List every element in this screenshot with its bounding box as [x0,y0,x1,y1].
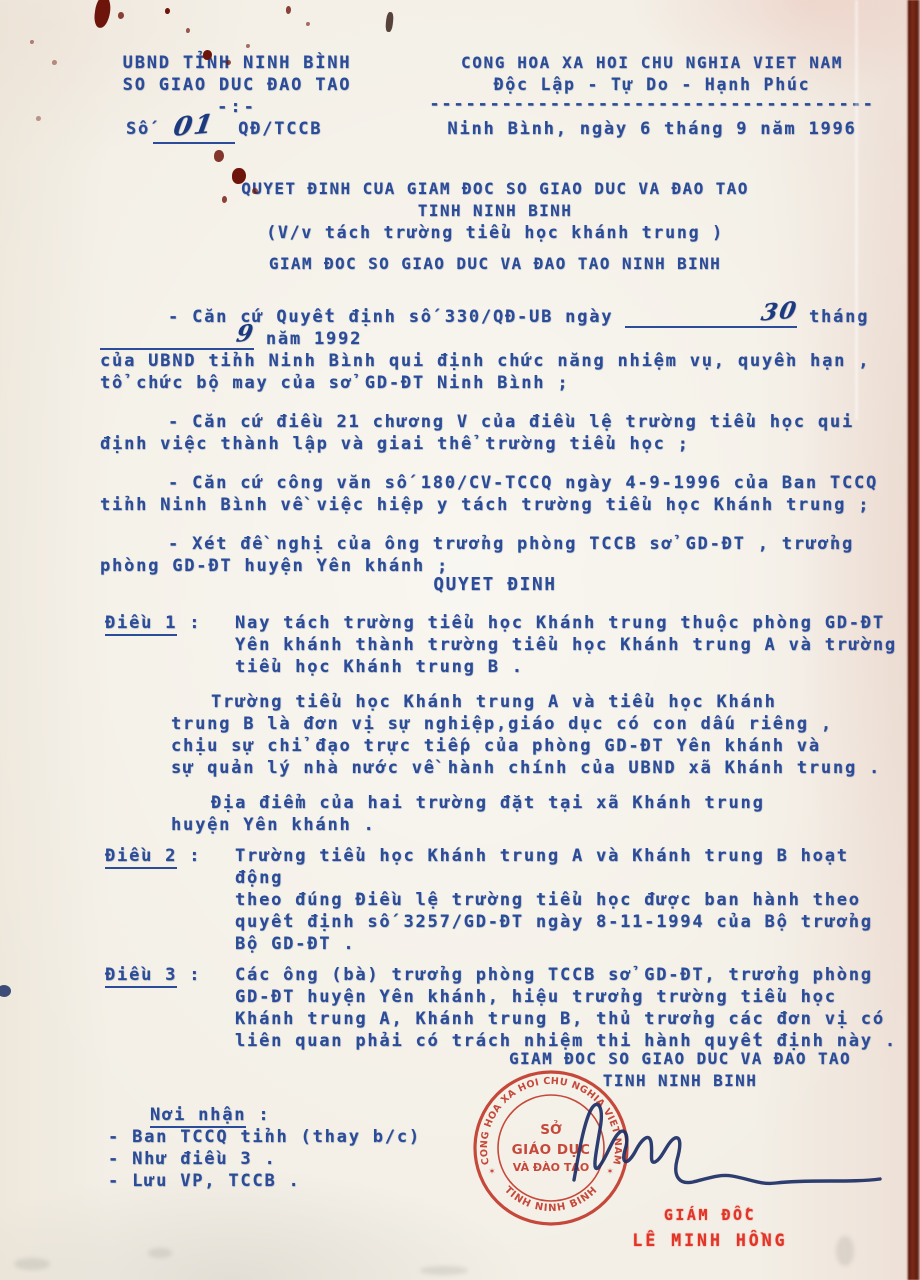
blank-month: 9 [100,328,254,350]
ink-dot [0,985,11,997]
article-1-para-1: Nay tách trường tiểu học Khánh trung thu… [235,612,905,678]
org-parent: UBND TỈNH NINH BÌNH [108,52,366,74]
recipient-item: - Lưu VP, TCCB . [108,1170,468,1192]
article-1-content: Nay tách trường tiểu học Khánh trung thu… [235,612,905,836]
org-separator: -:- [108,96,366,118]
scan-smudge [420,1266,468,1275]
article-2-label: Điều 2 : [105,845,235,955]
title-block: QUYET ĐINH CUA GIAM ĐOC SO GIAO DUC VA Đ… [95,178,895,275]
scan-smudge [836,1236,854,1266]
articles: Điều 1 : Nay tách trường tiểu học Khánh … [105,612,905,1061]
title-line-1: QUYET ĐINH CUA GIAM ĐOC SO GIAO DUC VA Đ… [95,178,895,200]
document-number-line: Số01QĐ/TCCB [126,118,322,144]
preamble: - Căn cứ Quyết định số 330/QĐ-UB ngày 30… [100,306,892,594]
dateline: Ninh Bình, ngày 6 tháng 9 năm 1996 [418,118,886,140]
issuing-org-block: UBND TỈNH NINH BÌNH SO GIAO DUC ĐAO TAO … [108,52,366,118]
article-3: Điều 3 : Các ông (bà) trưởng phòng TCCB … [105,964,905,1052]
blank-day: 30 [625,306,797,328]
recipient-item: - Ban TCCQ tỉnh (thay b/c) [108,1126,468,1148]
recipient-item: - Như điều 3 . [108,1148,468,1170]
title-subject: (V/v tách trường tiểu học khánh trung ) [95,222,895,244]
handwritten-month: 9 [166,326,256,347]
number-suffix: QĐ/TCCB [238,119,322,139]
stamp-star-left-icon: ✶ [489,1166,495,1177]
signer-name: LÊ MINH HỒNG [592,1231,828,1250]
scanned-decision-document: UBND TỈNH NINH BÌNH SO GIAO DUC ĐAO TAO … [0,0,920,1280]
citation-4: - Xét đề nghị của ông trưởng phòng TCCB … [100,533,892,577]
org-name: SO GIAO DUC ĐAO TAO [108,74,366,96]
article-1-para-3: Địa điểm của hai trường đặt tại xã Khánh… [171,792,905,836]
signature-heading-line-1: GIAM ĐOC SO GIAO DUC VA ĐAO TAO [468,1048,892,1070]
recipients-block: Nơi nhận : - Ban TCCQ tỉnh (thay b/c) - … [108,1104,468,1192]
article-2: Điều 2 : Trường tiểu học Khánh trung A v… [105,845,905,955]
paper-crease [855,0,858,420]
header-divider: ------------------------------------- [418,96,886,112]
director-signature [558,1098,893,1198]
article-1: Điều 1 : Nay tách trường tiểu học Khánh … [105,612,905,836]
citation-1-mid: tháng [797,307,869,327]
citation-1: - Căn cứ Quyết định số 330/QĐ-UB ngày 30… [100,306,892,394]
ink-mark [385,12,394,33]
article-1-para-2: Trường tiểu học Khánh trung A và tiểu họ… [171,691,905,779]
freedom-line: Độc Lập - Tự Do - Hạnh Phúc [418,74,886,96]
citation-3: - Căn cứ công văn số 180/CV-TCCQ ngày 4-… [100,472,892,516]
title-issuer: GIAM ĐOC SO GIAO DUC VA ĐAO TAO NINH BIN… [95,253,895,275]
national-header-block: CONG HOA XA HOI CHU NGHIA VIET NAM Độc L… [418,52,886,140]
article-3-para-1: Các ông (bà) trưởng phòng TCCB sở GD-ĐT,… [235,964,905,1052]
recipients-heading: Nơi nhận : [108,1104,468,1126]
number-handwritten: 01 [173,117,216,134]
article-2-para-1: Trường tiểu học Khánh trung A và Khánh t… [235,845,905,955]
scan-smudge [148,1248,172,1258]
article-3-content: Các ông (bà) trưởng phòng TCCB sở GD-ĐT,… [235,964,905,1052]
signer-title: GIÁM ĐỐC [592,1206,828,1224]
handwritten-day: 30 [691,304,799,327]
citation-2: - Căn cứ điều 21 chương V của điều lệ tr… [100,411,892,455]
citation-1-pre: - Căn cứ Quyết định số 330/QĐ-UB ngày [168,307,625,327]
article-3-label: Điều 3 : [105,964,235,1052]
number-prefix: Số [126,119,150,139]
scan-smudge [14,1258,50,1270]
article-2-content: Trường tiểu học Khánh trung A và Khánh t… [235,845,905,955]
number-underline: 01 [153,118,235,144]
page-bound-edge [906,0,920,1280]
country-motto-line: CONG HOA XA HOI CHU NGHIA VIET NAM [418,52,886,74]
title-line-2: TINH NINH BINH [95,200,895,222]
signer-block: GIÁM ĐỐC LÊ MINH HỒNG [592,1206,828,1250]
decree-heading: QUYET ĐINH [95,574,895,596]
